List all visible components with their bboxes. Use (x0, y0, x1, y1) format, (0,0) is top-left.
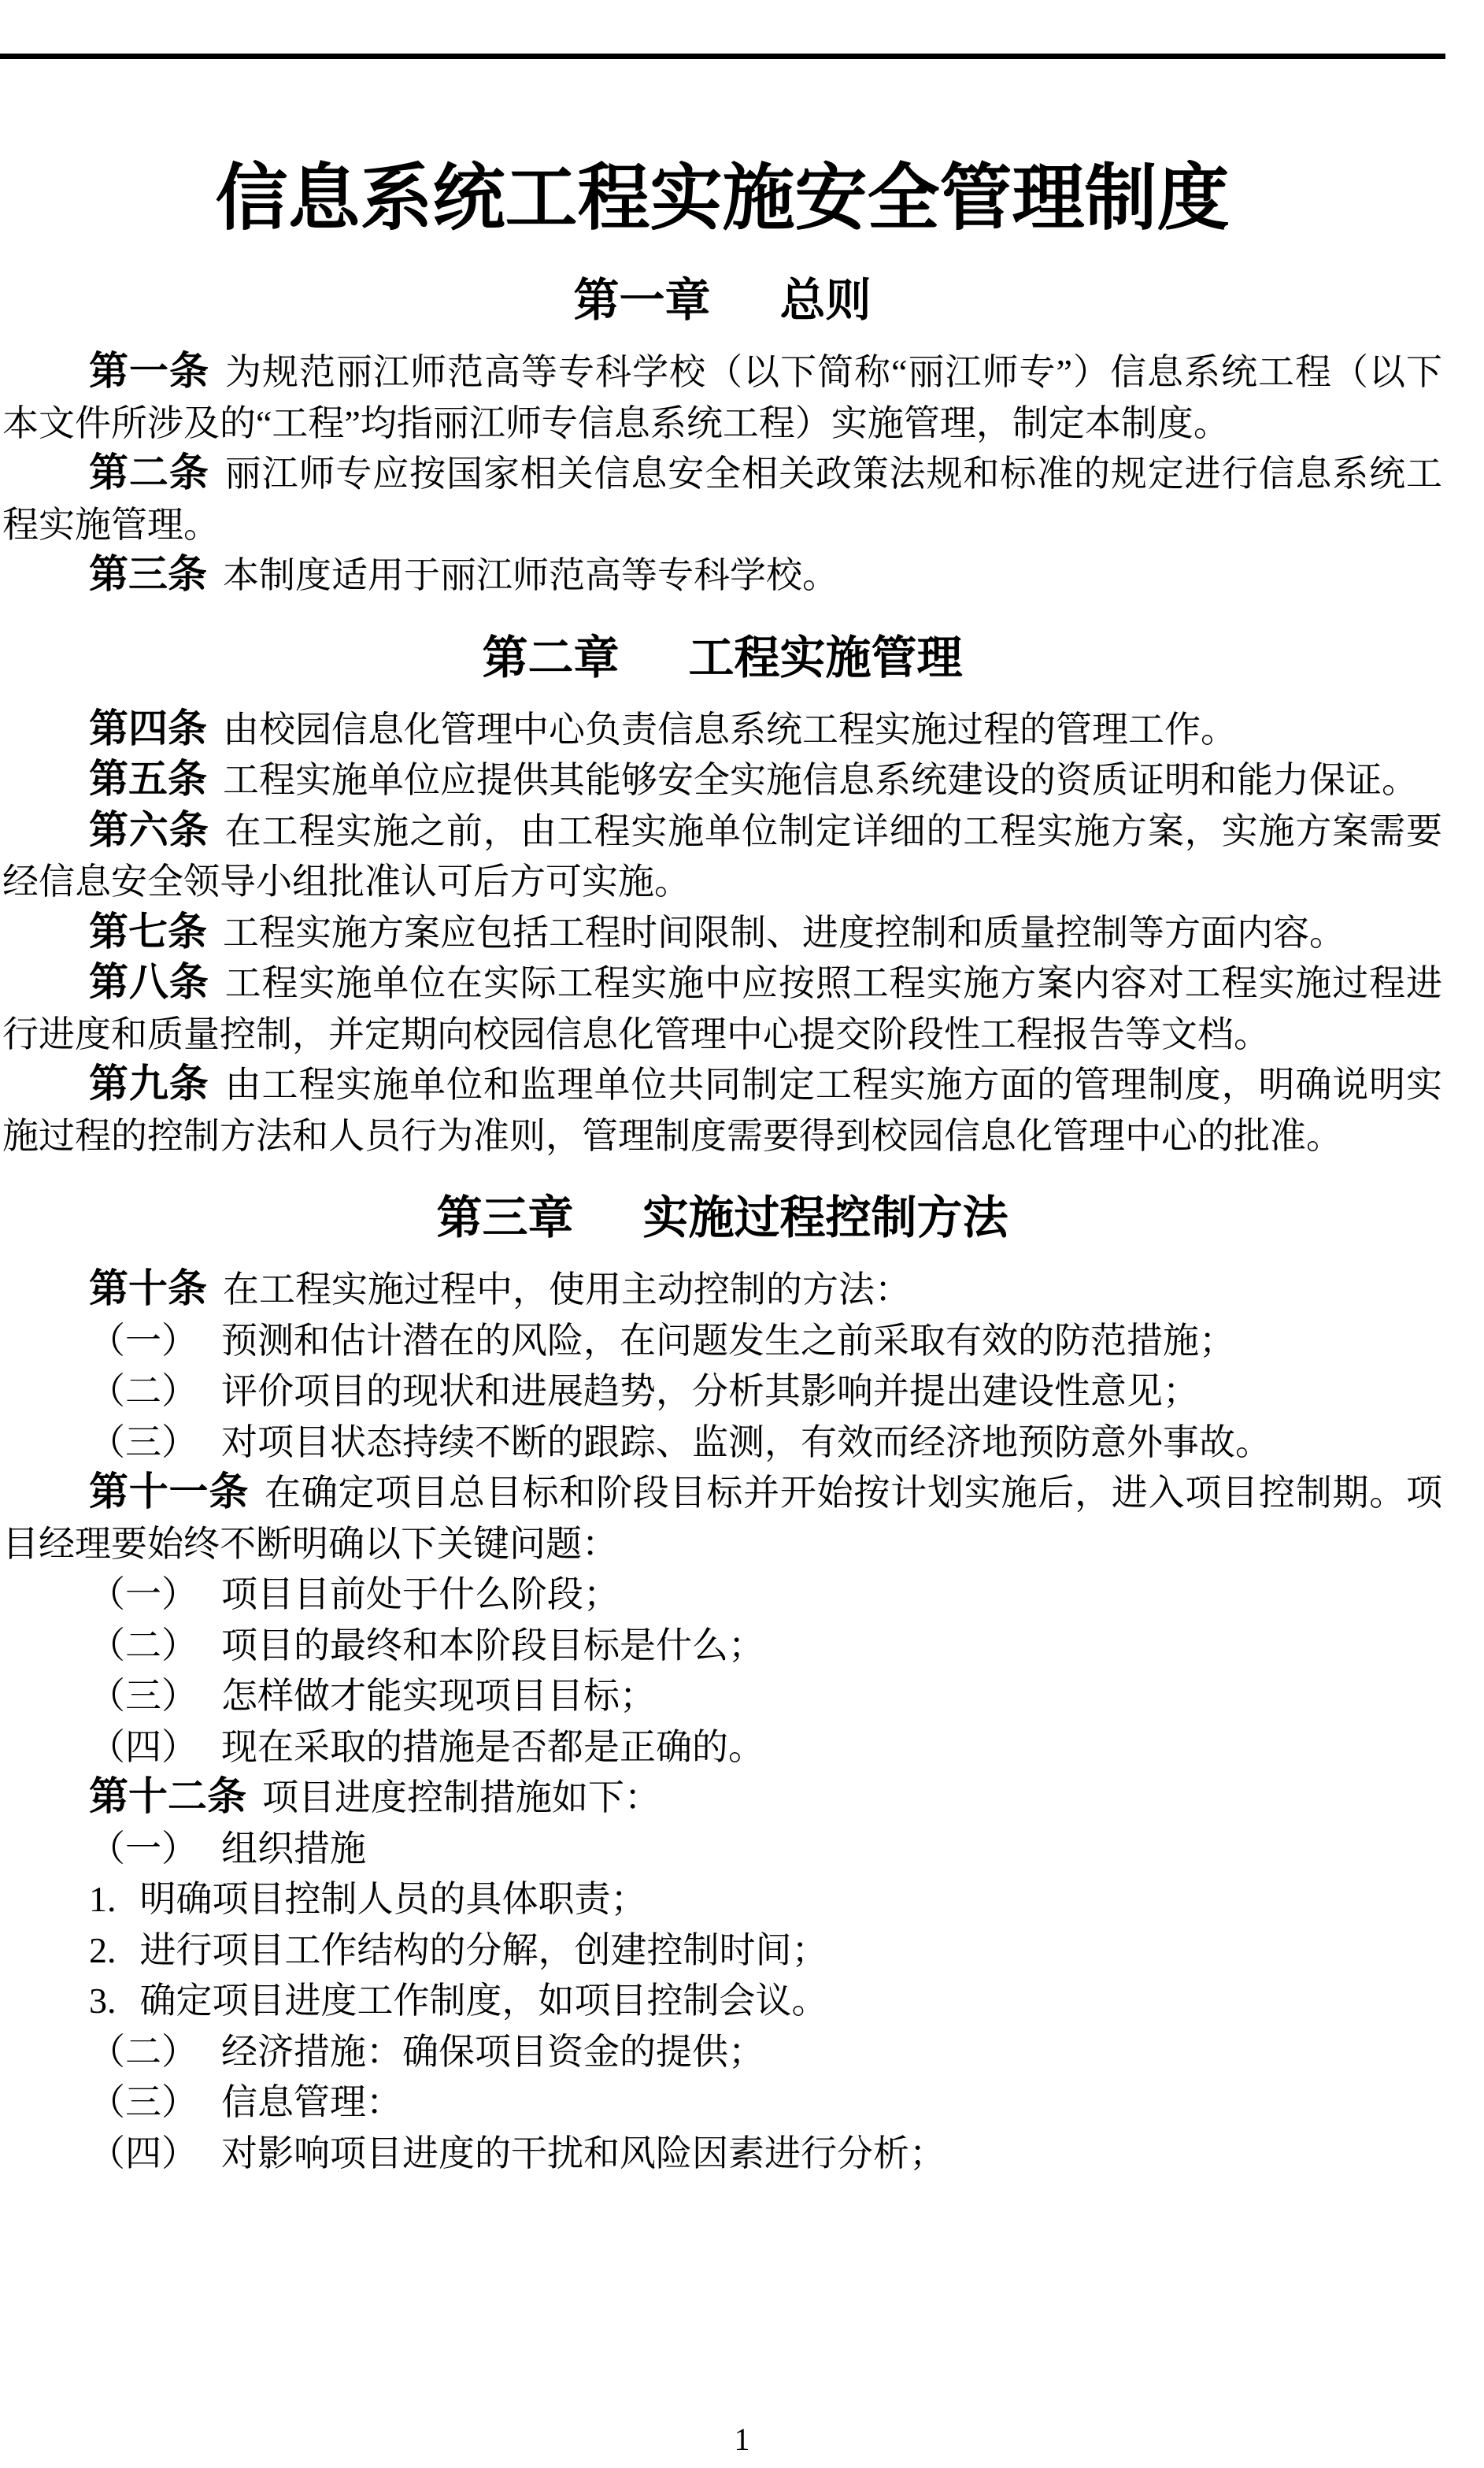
article-text: 本制度适用于丽江师范高等专科学校。 (223, 555, 838, 595)
numbered-item: 3.确定项目进度工作制度，如项目控制会议。 (2, 1976, 1442, 2027)
item-text: 项目的最终和本阶段目标是什么； (221, 1625, 764, 1666)
list-item: （三）对项目状态持续不断的跟踪、监测，有效而经济地预防意外事故。 (2, 1417, 1442, 1469)
article: 第八条工程实施单位在实际工程实施中应按照工程实施方案内容对工程实施过程进行进度和… (2, 958, 1442, 1060)
top-rule (0, 54, 1445, 59)
item-text: 进行项目工作结构的分解，创建控制时间； (140, 1930, 828, 1970)
list-item: （一）组织措施 (2, 1824, 1442, 1875)
article-text: 工程实施单位应提供其能够安全实施信息系统建设的资质证明和能力保证。 (223, 760, 1418, 800)
list-item: （三）怎样做才能实现项目目标； (2, 1671, 1442, 1722)
item-text: 信息管理： (221, 2082, 402, 2122)
item-label: （二） (89, 1371, 198, 1411)
item-text: 现在采取的措施是否都是正确的。 (221, 1727, 764, 1767)
item-label: （一） (89, 1574, 198, 1614)
article-number: 第二条 (89, 450, 209, 495)
item-label: （一） (89, 1321, 198, 1361)
article-number: 第八条 (89, 960, 209, 1004)
list-item: （二）经济措施：确保项目资金的提供； (2, 2027, 1442, 2078)
article: 第四条由校园信息化管理中心负责信息系统工程实施过程的管理工作。 (2, 705, 1442, 756)
article-number: 第十条 (89, 1266, 207, 1310)
item-text: 对项目状态持续不断的跟踪、监测，有效而经济地预防意外事故。 (221, 1422, 1271, 1462)
article-text: 工程实施单位在实际工程实施中应按照工程实施方案内容对工程实施过程进行进度和质量控… (2, 963, 1442, 1054)
article: 第十一条在确定项目总目标和阶段目标并开始按计划实施后，进入项目控制期。项目经理要… (2, 1468, 1442, 1569)
article-text: 在工程实施之前，由工程实施单位制定详细的工程实施方案，实施方案需要经信息安全领导… (2, 811, 1442, 902)
article-number: 第七条 (89, 910, 207, 954)
article: 第十条在工程实施过程中，使用主动控制的方法： (2, 1265, 1442, 1316)
article-text: 在工程实施过程中，使用主动控制的方法： (223, 1269, 911, 1310)
numbered-item: 2.进行项目工作结构的分解，创建控制时间； (2, 1925, 1442, 1977)
article-text: 由校园信息化管理中心负责信息系统工程实施过程的管理工作。 (223, 710, 1237, 750)
article-text: 由工程实施单位和监理单位共同制定工程实施方面的管理制度，明确说明实施过程的控制方… (2, 1065, 1442, 1156)
item-text: 对影响项目进度的干扰和风险因素进行分析； (221, 2133, 946, 2173)
article-text: 项目进度控制措施如下： (262, 1777, 661, 1818)
item-text: 确定项目进度工作制度，如项目控制会议。 (140, 1981, 828, 2021)
document-title: 信息系统工程实施安全管理制度 (2, 154, 1442, 244)
article-text: 为规范丽江师范高等专科学校（以下简称“丽江师专”）信息系统工程（以下本文件所涉及… (2, 352, 1442, 443)
article: 第九条由工程实施单位和监理单位共同制定工程实施方面的管理制度，明确说明实施过程的… (2, 1060, 1442, 1162)
article: 第三条本制度适用于丽江师范高等专科学校。 (2, 550, 1442, 602)
item-label: （二） (89, 2032, 198, 2072)
article-number: 第五条 (89, 757, 207, 801)
list-item: （一）预测和估计潜在的风险，在问题发生之前采取有效的防范措施； (2, 1316, 1442, 1367)
chapter-number: 第一章 (573, 275, 710, 326)
chapter-number: 第二章 (482, 632, 619, 684)
chapter-heading-2: 第二章工程实施管理 (2, 628, 1442, 688)
item-text: 经济措施：确保项目资金的提供； (221, 2032, 764, 2072)
item-text: 怎样做才能实现项目目标； (221, 1676, 656, 1716)
list-item: （二）项目的最终和本阶段目标是什么； (2, 1621, 1442, 1672)
article: 第二条丽江师专应按国家相关信息安全相关政策法规和标准的规定进行信息系统工程实施管… (2, 449, 1442, 550)
item-label: （三） (89, 2082, 198, 2122)
chapter-name: 工程实施管理 (689, 632, 963, 684)
number-label: 1. (89, 1879, 117, 1919)
item-text: 组织措施 (221, 1829, 366, 1869)
article-number: 第九条 (89, 1062, 209, 1106)
article-number: 第六条 (89, 808, 209, 852)
item-label: （二） (89, 1625, 198, 1666)
list-item: （二）评价项目的现状和进展趋势，分析其影响并提出建设性意见； (2, 1366, 1442, 1417)
list-item: （四）现在采取的措施是否都是正确的。 (2, 1722, 1442, 1773)
article: 第七条工程实施方案应包括工程时间限制、进度控制和质量控制等方面内容。 (2, 908, 1442, 959)
item-text: 明确项目控制人员的具体职责； (140, 1879, 647, 1919)
article-number: 第十一条 (89, 1469, 249, 1514)
list-item: （三）信息管理： (2, 2077, 1442, 2129)
chapter-heading-1: 第一章总则 (2, 271, 1442, 331)
list-item: （四）对影响项目进度的干扰和风险因素进行分析； (2, 2129, 1442, 2180)
item-label: （四） (89, 2133, 198, 2173)
article: 第五条工程实施单位应提供其能够安全实施信息系统建设的资质证明和能力保证。 (2, 755, 1442, 806)
article: 第十二条项目进度控制措施如下： (2, 1773, 1442, 1824)
item-label: （一） (89, 1829, 198, 1869)
article-text: 工程实施方案应包括工程时间限制、进度控制和质量控制等方面内容。 (223, 913, 1345, 953)
item-label: （四） (89, 1727, 198, 1767)
number-label: 3. (89, 1981, 117, 2021)
chapter-number: 第三章 (436, 1192, 573, 1243)
chapter-name: 总则 (780, 275, 872, 326)
item-label: （三） (89, 1676, 198, 1716)
article: 第六条在工程实施之前，由工程实施单位制定详细的工程实施方案，实施方案需要经信息安… (2, 806, 1442, 908)
page-number: 1 (0, 2422, 1484, 2457)
item-label: （三） (89, 1422, 198, 1462)
document-page: 信息系统工程实施安全管理制度 第一章总则 第一条为规范丽江师范高等专科学校（以下… (0, 0, 1484, 2468)
article-number: 第四条 (89, 706, 207, 750)
chapter-heading-3: 第三章实施过程控制方法 (2, 1188, 1442, 1248)
item-text: 预测和估计潜在的风险，在问题发生之前采取有效的防范措施； (221, 1321, 1235, 1361)
document-content: 信息系统工程实施安全管理制度 第一章总则 第一条为规范丽江师范高等专科学校（以下… (0, 0, 1484, 2179)
article-number: 第一条 (89, 349, 209, 393)
item-text: 评价项目的现状和进展趋势，分析其影响并提出建设性意见； (221, 1371, 1199, 1411)
number-label: 2. (89, 1930, 117, 1970)
article-number: 第三条 (89, 552, 207, 596)
numbered-item: 1.明确项目控制人员的具体职责； (2, 1874, 1442, 1925)
item-text: 项目目前处于什么阶段； (221, 1574, 620, 1614)
article-number: 第十二条 (89, 1774, 246, 1818)
list-item: （一）项目目前处于什么阶段； (2, 1569, 1442, 1621)
chapter-name: 实施过程控制方法 (643, 1192, 1008, 1243)
article-text: 丽江师专应按国家相关信息安全相关政策法规和标准的规定进行信息系统工程实施管理。 (2, 454, 1442, 545)
article: 第一条为规范丽江师范高等专科学校（以下简称“丽江师专”）信息系统工程（以下本文件… (2, 347, 1442, 449)
